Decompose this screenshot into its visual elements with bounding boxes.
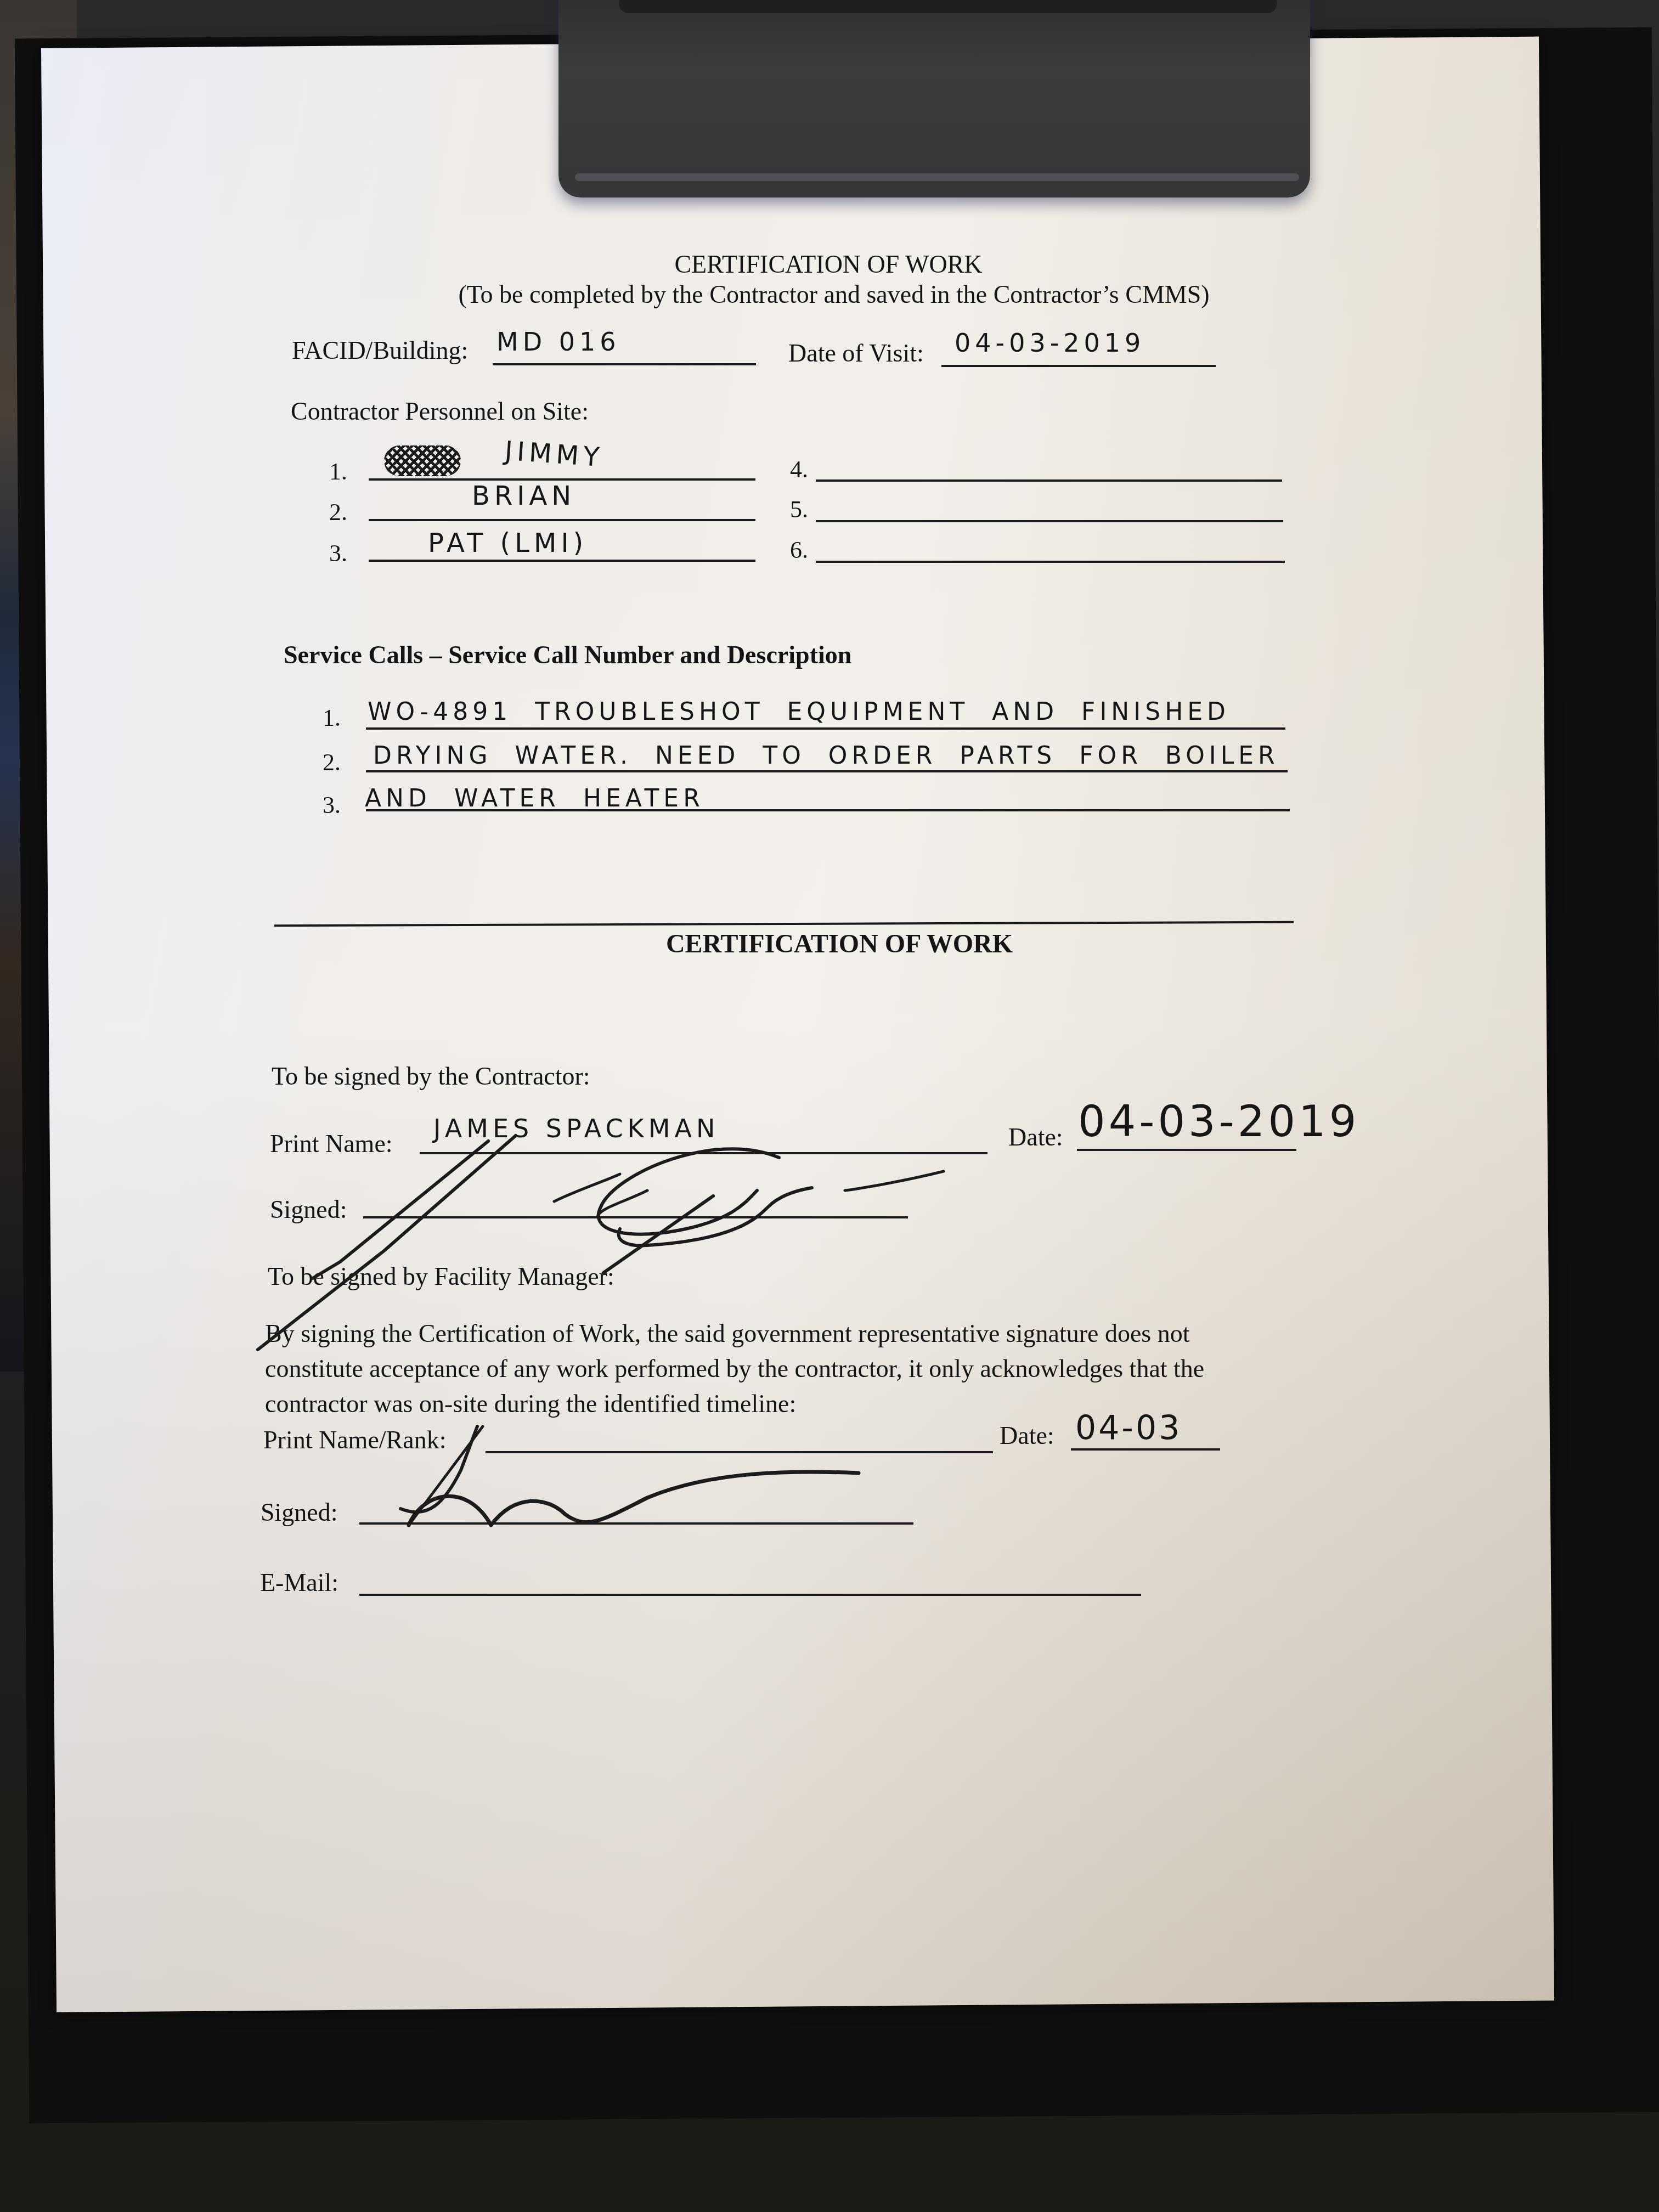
facility-signature[interactable] <box>0 0 1659 2212</box>
clip-groove <box>619 0 1277 13</box>
clipboard-clip <box>558 0 1310 198</box>
clip-lip <box>575 173 1299 181</box>
certification-form: CERTIFICATION OF WORK (To be completed b… <box>0 0 1659 2212</box>
